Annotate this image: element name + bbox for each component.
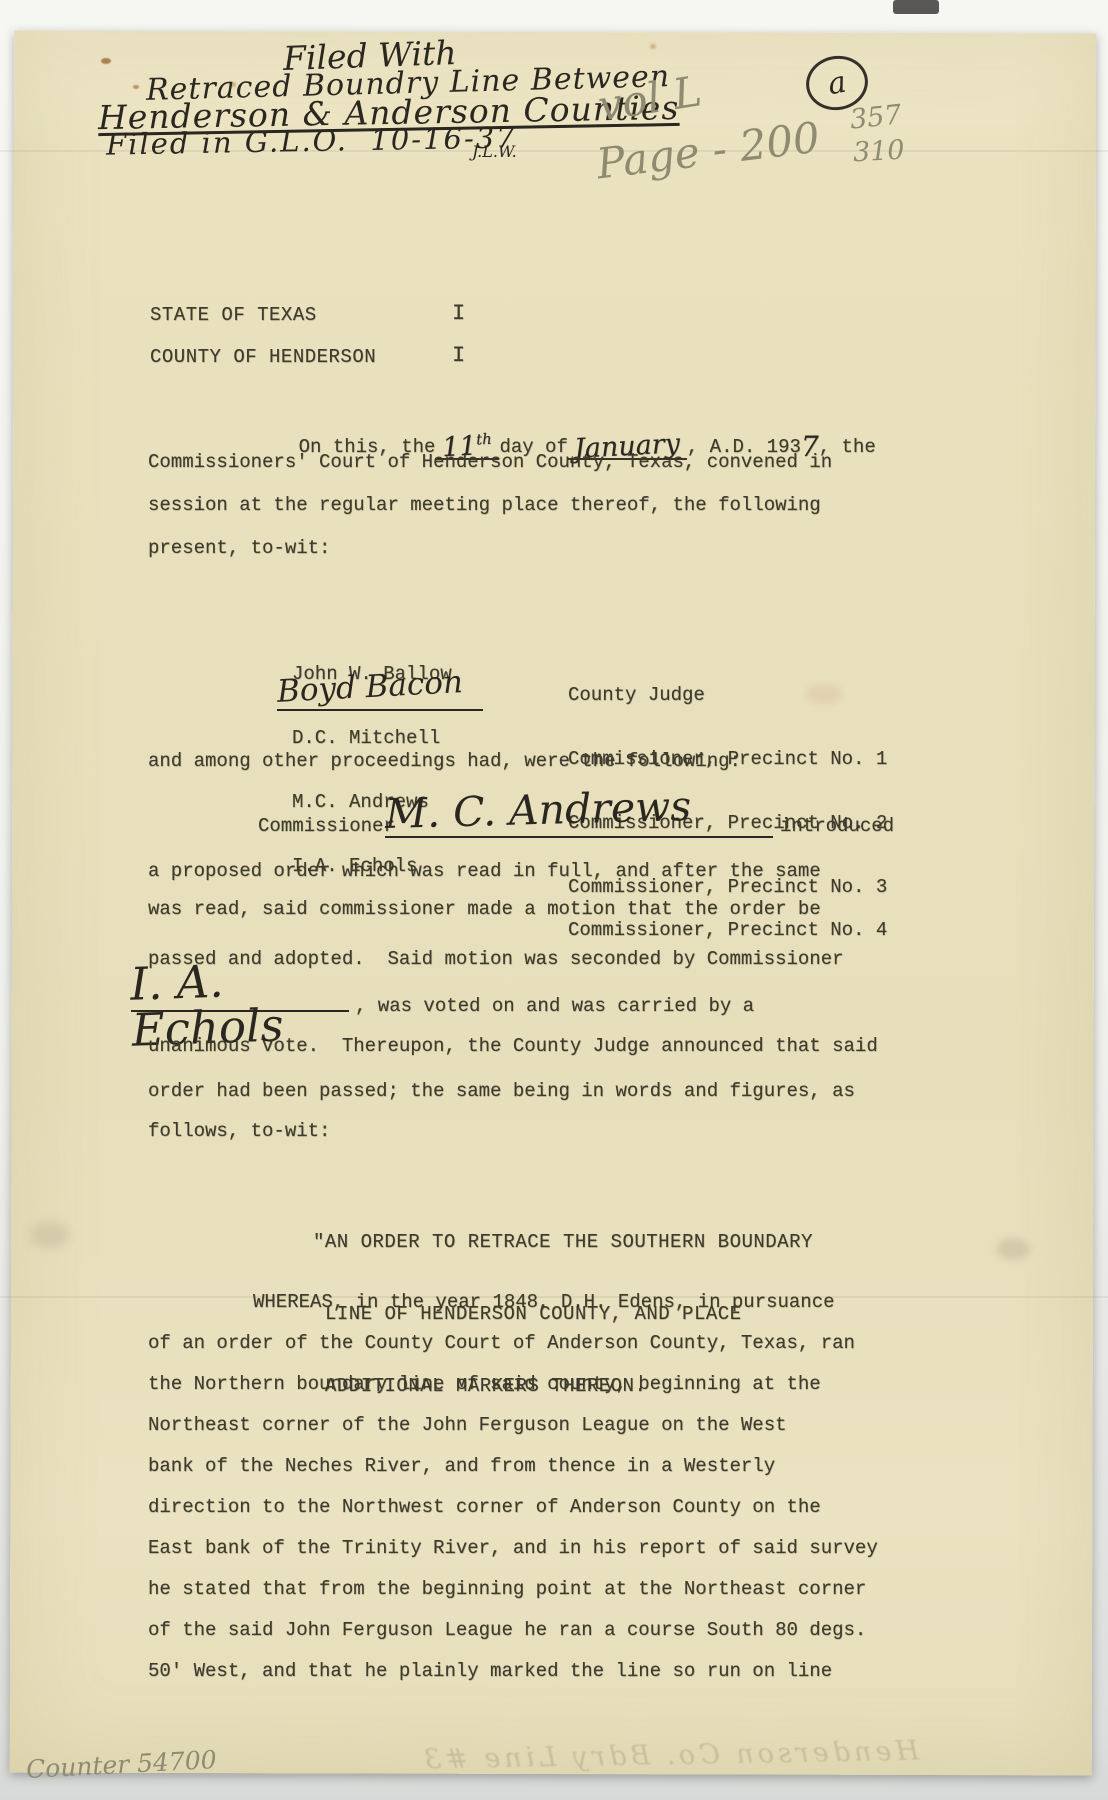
signature-mover: M. C. Andrews bbox=[385, 790, 773, 838]
motion-line-f: follows, to-wit: bbox=[148, 1121, 330, 1142]
whereas-line-7: East bank of the Trinity River, and in h… bbox=[148, 1538, 878, 1559]
circled-letter-text: a bbox=[825, 64, 849, 102]
annotation-initials: J.L.W. bbox=[472, 142, 517, 161]
official-row: John W. Ballow County Judge bbox=[292, 643, 360, 665]
whereas-line-4: Northeast corner of the John Ferguson Le… bbox=[148, 1415, 787, 1436]
document-scan: Filed With Retraced Boundry Line Between… bbox=[0, 0, 1108, 1800]
motion-line-d: unanimous vote. Thereupon, the County Ju… bbox=[148, 1036, 878, 1057]
official-row: I.A. Echols Commissioner, Precinct No. 3 bbox=[292, 835, 360, 857]
order-title-line: "AN ORDER TO RETRACE THE SOUTHERN BOUNDA… bbox=[313, 1230, 813, 1254]
signature-precinct4: Boyd Bacon bbox=[277, 672, 483, 711]
signature-seconder: I. A. Echols bbox=[131, 958, 349, 1012]
annotation-filed-glo: Filed in G.L.O. 10-16-37 bbox=[106, 120, 517, 161]
annotation-number-357: 357 bbox=[849, 99, 904, 135]
annotation-number-310: 310 bbox=[852, 135, 905, 169]
official-title: Commissioner, Precinct No. 4 bbox=[568, 920, 887, 941]
signature-text: M. C. Andrews bbox=[385, 786, 692, 834]
proceedings-line: and among other proceedings had, were th… bbox=[148, 751, 741, 772]
motion-line-e: order had been passed; the same being in… bbox=[148, 1081, 855, 1102]
binding-mark bbox=[893, 0, 939, 14]
motion-commissioner-label: Commissioner bbox=[258, 816, 395, 837]
opening-line-2: Commissioners' Court of Henderson County… bbox=[148, 452, 832, 473]
motion-introduced: introduced bbox=[780, 816, 894, 837]
official-row: M.C. Andrews Commissioner, Precinct No. … bbox=[292, 771, 360, 793]
caption-county: COUNTY OF HENDERSON bbox=[150, 347, 376, 368]
official-name: D.C. Mitchell bbox=[292, 728, 440, 749]
opening-line-3: session at the regular meeting place the… bbox=[148, 495, 821, 516]
whereas-line-5: bank of the Neches River, and from thenc… bbox=[148, 1456, 775, 1477]
whereas-line-10: 50' West, and that he plainly marked the… bbox=[148, 1661, 832, 1682]
whereas-line-8: he stated that from the beginning point … bbox=[148, 1579, 866, 1600]
motion-line-b: was read, said commissioner made a motio… bbox=[148, 899, 821, 920]
whereas-line-2: of an order of the County Court of Ander… bbox=[148, 1333, 855, 1354]
official-title: County Judge bbox=[568, 685, 705, 706]
motion-line-a: a proposed order which was read in full,… bbox=[148, 861, 821, 882]
whereas-line-9: of the said John Ferguson League he ran … bbox=[148, 1620, 866, 1641]
caption-bracket: I bbox=[452, 345, 465, 366]
caption-state: STATE OF TEXAS bbox=[150, 305, 317, 326]
caption-bracket: I bbox=[452, 303, 465, 324]
whereas-line-1: WHEREAS, in the year 1848, D.H. Edens, i… bbox=[253, 1292, 835, 1313]
signature-text: Boyd Bacon bbox=[276, 667, 463, 707]
order-title-block: "AN ORDER TO RETRACE THE SOUTHERN BOUNDA… bbox=[313, 1182, 813, 1446]
whereas-line-3: the Northern boundary line of said count… bbox=[148, 1374, 821, 1395]
whereas-line-6: direction to the Northwest corner of And… bbox=[148, 1497, 821, 1518]
motion-after-seconder: , was voted on and was carried by a bbox=[355, 996, 754, 1017]
opening-line-4: present, to-wit: bbox=[148, 538, 330, 559]
